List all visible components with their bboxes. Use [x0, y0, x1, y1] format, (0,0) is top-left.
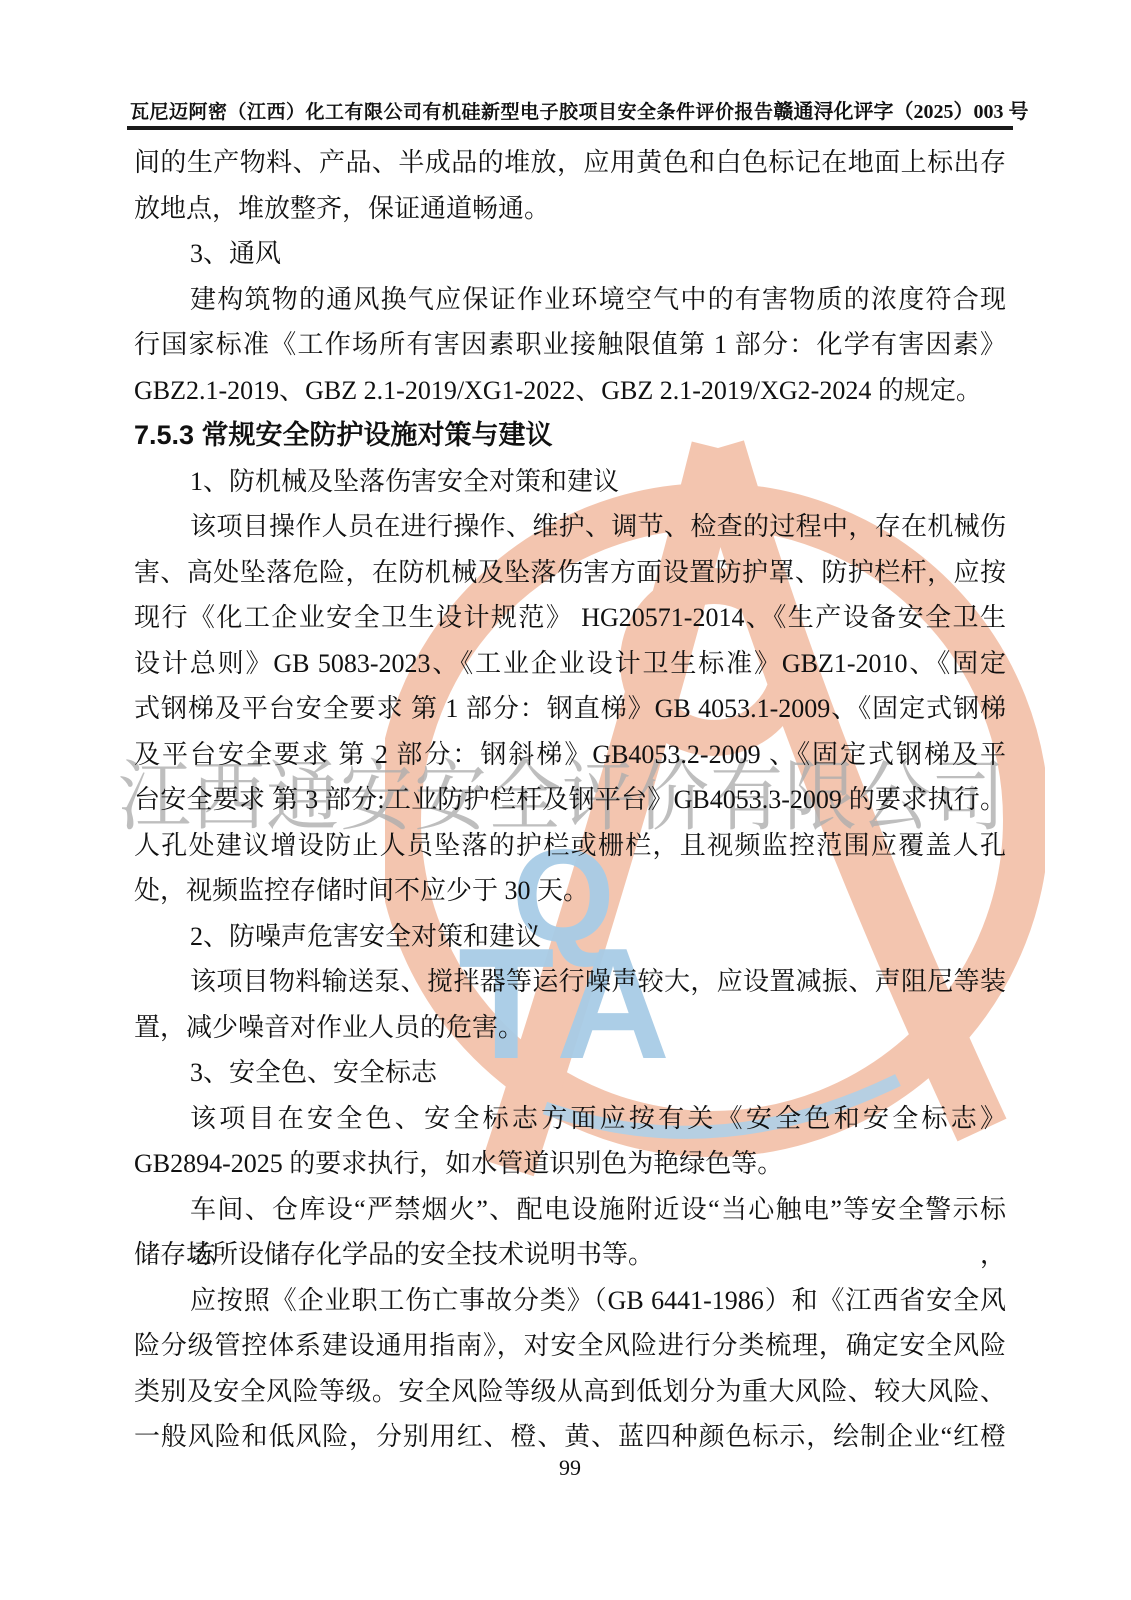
text-line: 一般风险和低风险，分别用红、橙、黄、蓝四种颜色标示，绘制企业“红橙 [134, 1414, 1006, 1460]
text-line: 式钢梯及平台安全要求 第 1 部分：钢直梯》GB 4053.1-2009、《固定… [134, 686, 1006, 732]
text-line: GBZ2.1-2019、GBZ 2.1-2019/XG1-2022、GBZ 2.… [134, 368, 1006, 414]
document-page: 江西通安安全评价有限公司 Q T A 瓦尼迈阿密（江西）化工有限公司有机硅新型电… [0, 0, 1131, 1600]
text-line: 间的生产物料、产品、半成品的堆放，应用黄色和白色标记在地面上标出存 [134, 140, 1006, 186]
text-line: 建构筑物的通风换气应保证作业环境空气中的有害物质的浓度符合现 [134, 277, 1006, 323]
text-line: 车间、仓库设“严禁烟火”、配电设施附近设“当心触电”等安全警示标志， [134, 1187, 1006, 1233]
text-line: 处，视频监控存储时间不应少于 30 天。 [134, 868, 1006, 914]
text-line: 应按照《企业职工伤亡事故分类》（GB 6441-1986）和《江西省安全风 [134, 1278, 1006, 1324]
text-line: 放地点，堆放整齐，保证通道畅通。 [134, 186, 1006, 232]
text-line: 该项目物料输送泵、搅拌器等运行噪声较大，应设置减振、声阻尼等装 [134, 959, 1006, 1005]
text-line: 设计总则》GB 5083-2023、《工业企业设计卫生标准》GBZ1-2010、… [134, 641, 1006, 687]
text-line: GB2894-2025 的要求执行，如水管道识别色为艳绿色等。 [134, 1141, 1006, 1187]
body-text: 间的生产物料、产品、半成品的堆放，应用黄色和白色标记在地面上标出存放地点，堆放整… [134, 140, 1006, 1460]
text-line: 2、防噪声危害安全对策和建议 [134, 914, 1006, 960]
page-number: 99 [134, 1455, 1006, 1481]
text-line: 1、防机械及坠落伤害安全对策和建议 [134, 459, 1006, 505]
text-line: 置，减少噪音对作业人员的危害。 [134, 1005, 1006, 1051]
text-line: 类别及安全风险等级。安全风险等级从高到低划分为重大风险、较大风险、 [134, 1369, 1006, 1415]
text-line: 险分级管控体系建设通用指南》，对安全风险进行分类梳理，确定安全风险 [134, 1323, 1006, 1369]
text-line: 人孔处建议增设防止人员坠落的护栏或栅栏，且视频监控范围应覆盖人孔 [134, 823, 1006, 869]
text-line: 3、通风 [134, 231, 1006, 277]
section-heading: 7.5.3 常规安全防护设施对策与建议 [134, 413, 1006, 459]
page-header: 瓦尼迈阿密（江西）化工有限公司有机硅新型电子胶项目安全条件评价报告 赣通浔化评字… [130, 94, 1012, 124]
text-line: 现行《化工企业安全卫生设计规范》 HG20571-2014、《生产设备安全卫生 [134, 595, 1006, 641]
text-line: 该项目在安全色、安全标志方面应按有关《安全色和安全标志》 [134, 1096, 1006, 1142]
header-report-title: 瓦尼迈阿密（江西）化工有限公司有机硅新型电子胶项目安全条件评价报告 [130, 97, 774, 124]
text-line: 台安全要求 第 3 部分:工业防护栏杆及钢平台》GB4053.3-2009 的要… [134, 777, 1006, 823]
header-rule [127, 126, 1013, 130]
text-line: 害、高处坠落危险，在防机械及坠落伤害方面设置防护罩、防护栏杆，应按 [134, 550, 1006, 596]
text-line: 该项目操作人员在进行操作、维护、调节、检查的过程中，存在机械伤 [134, 504, 1006, 550]
text-line: 3、安全色、安全标志 [134, 1050, 1006, 1096]
text-line: 行国家标准《工作场所有害因素职业接触限值第 1 部分：化学有害因素》 [134, 322, 1006, 368]
header-document-number: 赣通浔化评字（2025）003 号 [774, 95, 1029, 124]
text-line: 及平台安全要求 第 2 部分：钢斜梯》GB4053.2-2009 、《固定式钢梯… [134, 732, 1006, 778]
